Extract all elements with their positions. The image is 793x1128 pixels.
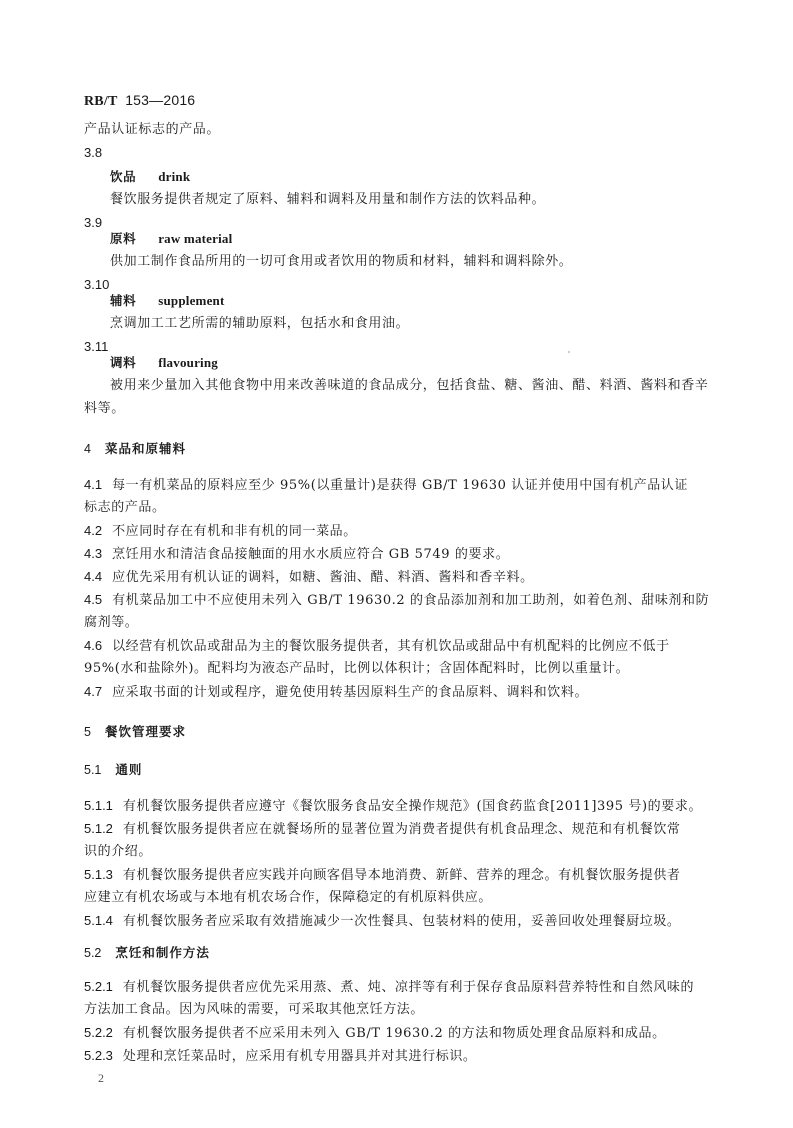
clause-continued: 95%(水和盐除外)。配料均为液态产品时，比例以体积计；含固体配料时，比例以重量… — [84, 661, 714, 677]
clause-text: 应采取书面的计划或程序，避免使用转基因原料生产的食品原料、调料和饮料。 — [112, 685, 588, 700]
term-chinese: 调料 — [110, 355, 136, 370]
definition-number: 3.9 — [84, 215, 714, 231]
clause-number: 4.5 — [84, 592, 102, 608]
definition-term: 辅料supplement — [110, 293, 714, 310]
clause-text: 有机餐饮服务者应采取有效措施减少一次性餐具、包装材料的使用，妥善回收处理餐厨垃圾… — [123, 914, 681, 929]
clause: 5.2.1有机餐饮服务提供者应优先采用蒸、煮、炖、凉拌等有利于保存食品原料营养特… — [84, 979, 714, 996]
subsection-number: 5.1 — [84, 763, 101, 777]
definition-text: 被用来少量加入其他食物中用来改善味道的食品成分，包括食盐、糖、酱油、醋、料酒、酱… — [110, 378, 714, 394]
clause: 4.2不应同时存在有机和非有机的同一菜品。 — [84, 523, 714, 540]
clause-continued: 应建立有机农场或与本地有机农场合作，保障稳定的有机原料供应。 — [84, 890, 714, 906]
clause-number: 4.2 — [84, 523, 102, 539]
clause-text: 处理和烹饪菜品时，应采用有机专用器具并对其进行标识。 — [123, 1049, 477, 1064]
definition-number: 3.10 — [84, 277, 714, 293]
clause-number: 4.3 — [84, 546, 102, 562]
clause-number: 5.1.3 — [84, 867, 113, 883]
section-title: 菜品和原辅料 — [105, 441, 186, 456]
standard-code: RB/T — [84, 94, 117, 109]
clause: 5.1.2有机餐饮服务提供者应在就餐场所的显著位置为消费者提供有机食品理念、规范… — [84, 821, 714, 838]
standard-number: 153—2016 — [125, 92, 195, 108]
term-english: flavouring — [158, 355, 218, 370]
clause-text: 有机菜品加工中不应使用未列入 GB/T 19630.2 的食品添加剂和加工助剂，… — [112, 593, 709, 608]
clause-text: 有机餐饮服务提供者不应采用未列入 GB/T 19630.2 的方法和物质处理食品… — [123, 1026, 666, 1041]
term-english: drink — [158, 169, 190, 184]
clause-text: 每一有机菜品的原料应至少 95%(以重量计)是获得 GB/T 19630 认证并… — [112, 478, 688, 493]
definition-number: 3.8 — [84, 145, 714, 161]
section-number: 5 — [84, 725, 91, 739]
clause-continued: 识的介绍。 — [84, 844, 714, 860]
term-chinese: 原料 — [110, 231, 136, 246]
page-number: 2 — [98, 1071, 104, 1086]
definition-term: 饮品drink — [110, 169, 714, 186]
definition-text: 烹调加工工艺所需的辅助原料，包括水和食用油。 — [110, 316, 714, 332]
section-title: 餐饮管理要求 — [105, 724, 186, 739]
clause-text: 有机餐饮服务提供者应实践并向顾客倡导本地消费、新鲜、营养的理念。有机餐饮服务提供… — [123, 868, 681, 883]
term-chinese: 辅料 — [110, 293, 136, 308]
definition-term: 调料flavouring — [110, 355, 714, 372]
term-chinese: 饮品 — [110, 169, 136, 184]
clause-number: 5.2.3 — [84, 1048, 113, 1064]
clause-continued: 标志的产品。 — [84, 500, 714, 516]
clause-text: 有机餐饮服务提供者应遵守《餐饮服务食品安全操作规范》(国食药监食[2011]39… — [123, 799, 702, 814]
clause: 4.3烹饪用水和清洁食品接触面的用水水质应符合 GB 5749 的要求。 — [84, 546, 714, 563]
clause-text: 应优先采用有机认证的调料，如糖、酱油、醋、料酒、酱料和香辛料。 — [112, 570, 534, 585]
subsection-title: 烹饪和制作方法 — [115, 945, 210, 960]
clause-text: 不应同时存在有机和非有机的同一菜品。 — [112, 524, 357, 539]
clause: 5.1.3有机餐饮服务提供者应实践并向顾客倡导本地消费、新鲜、营养的理念。有机餐… — [84, 867, 714, 884]
clause: 4.4应优先采用有机认证的调料，如糖、酱油、醋、料酒、酱料和香辛料。 — [84, 569, 714, 586]
clause-number: 4.1 — [84, 477, 102, 493]
clause: 4.6以经营有机饮品或甜品为主的餐饮服务提供者，其有机饮品或甜品中有机配料的比例… — [84, 638, 714, 655]
clause-number: 4.6 — [84, 638, 102, 654]
subsection-heading: 5.2烹饪和制作方法 — [84, 943, 210, 961]
clause-text: 烹饪用水和清洁食品接触面的用水水质应符合 GB 5749 的要求。 — [112, 547, 509, 562]
clause-text: 有机餐饮服务提供者应优先采用蒸、煮、炖、凉拌等有利于保存食品原料营养特性和自然风… — [123, 980, 694, 995]
definition-text-continued: 料等。 — [84, 401, 714, 417]
definition-number: 3.11 — [84, 339, 714, 355]
clause-text: 以经营有机饮品或甜品为主的餐饮服务提供者，其有机饮品或甜品中有机配料的比例应不低… — [112, 639, 670, 654]
clause: 4.1每一有机菜品的原料应至少 95%(以重量计)是获得 GB/T 19630 … — [84, 477, 714, 494]
clause-number: 5.1.1 — [84, 798, 113, 814]
clause-text: 有机餐饮服务提供者应在就餐场所的显著位置为消费者提供有机食品理念、规范和有机餐饮… — [123, 822, 681, 837]
subsection-number: 5.2 — [84, 946, 101, 960]
definition-text: 供加工制作食品所用的一切可食用或者饮用的物质和材料，辅料和调料除外。 — [110, 254, 714, 270]
section-heading: 4菜品和原辅料 — [84, 439, 186, 457]
clause-number: 4.4 — [84, 569, 102, 585]
clause: 4.5有机菜品加工中不应使用未列入 GB/T 19630.2 的食品添加剂和加工… — [84, 592, 714, 609]
clause-number: 5.1.2 — [84, 821, 113, 837]
clause-number: 5.2.1 — [84, 979, 113, 995]
section-number: 4 — [84, 442, 91, 456]
document-page: RB/T 153—2016 产品认证标志的产品。 3.8 饮品drink 餐饮服… — [0, 0, 793, 1128]
clause-number: 4.7 — [84, 684, 102, 700]
subsection-title: 通则 — [115, 762, 142, 777]
clause-continued: 腐剂等。 — [84, 615, 714, 631]
continuation-text: 产品认证标志的产品。 — [84, 122, 714, 138]
clause: 4.7应采取书面的计划或程序，避免使用转基因原料生产的食品原料、调料和饮料。 — [84, 684, 714, 701]
definition-term: 原料raw material — [110, 231, 714, 248]
section-heading: 5餐饮管理要求 — [84, 722, 186, 740]
clause: 5.2.3处理和烹饪菜品时，应采用有机专用器具并对其进行标识。 — [84, 1048, 714, 1065]
clause: 5.1.4有机餐饮服务者应采取有效措施减少一次性餐具、包装材料的使用，妥善回收处… — [84, 913, 714, 930]
scan-speck — [568, 351, 570, 353]
subsection-heading: 5.1通则 — [84, 760, 142, 778]
term-english: supplement — [158, 293, 224, 308]
clause-continued: 方法加工食品。因为风味的需要，可采取其他烹饪方法。 — [84, 1002, 714, 1018]
standard-header: RB/T 153—2016 — [84, 92, 195, 110]
clause: 5.1.1有机餐饮服务提供者应遵守《餐饮服务食品安全操作规范》(国食药监食[20… — [84, 798, 714, 815]
clause: 5.2.2有机餐饮服务提供者不应采用未列入 GB/T 19630.2 的方法和物… — [84, 1025, 714, 1042]
term-english: raw material — [158, 231, 232, 246]
clause-number: 5.2.2 — [84, 1025, 113, 1041]
clause-number: 5.1.4 — [84, 913, 113, 929]
definition-text: 餐饮服务提供者规定了原料、辅料和调料及用量和制作方法的饮料品种。 — [110, 192, 714, 208]
